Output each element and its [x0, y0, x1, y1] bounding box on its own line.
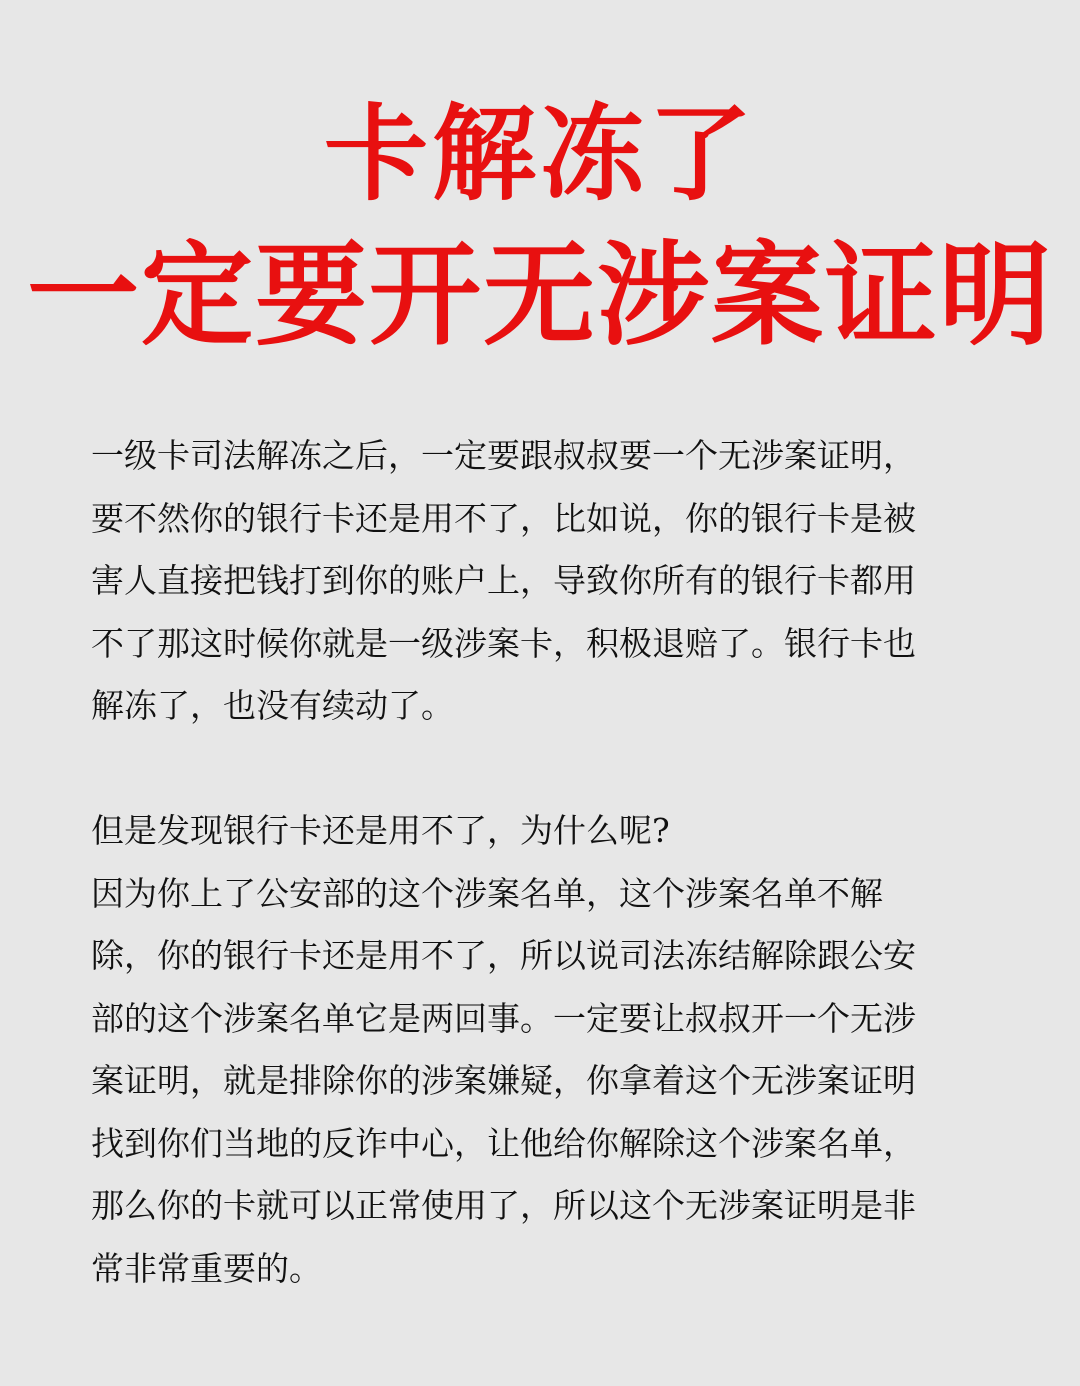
paragraph-line: 一级卡司法解冻之后，一定要跟叔叔要一个无涉案证明，: [91, 425, 971, 488]
headline-line-1: 卡解冻了: [0, 95, 1080, 213]
paragraph-2: 但是发现银行卡还是用不了，为什么呢? 因为你上了公安部的这个涉案名单，这个涉案名…: [91, 800, 971, 1300]
headline: 卡解冻了 一定要开无涉案证明: [0, 95, 1080, 361]
paragraph-line: 害人直接把钱打到你的账户上，导致你所有的银行卡都用: [91, 550, 971, 613]
paragraph-line: 不了那这时候你就是一级涉案卡，积极退赔了。银行卡也: [91, 613, 971, 676]
paragraph-line: 因为你上了公安部的这个涉案名单，这个涉案名单不解: [91, 863, 971, 926]
paragraph-line: 解冻了，也没有续动了。: [91, 675, 971, 738]
paragraph-line: 部的这个涉案名单它是两回事。一定要让叔叔开一个无涉: [91, 988, 971, 1051]
paragraph-line: 但是发现银行卡还是用不了，为什么呢?: [91, 800, 971, 863]
paragraph-line: 那么你的卡就可以正常使用了，所以这个无涉案证明是非: [91, 1175, 971, 1238]
paragraph-1: 一级卡司法解冻之后，一定要跟叔叔要一个无涉案证明， 要不然你的银行卡还是用不了，…: [91, 425, 971, 738]
paragraph-line: 除，你的银行卡还是用不了，所以说司法冻结解除跟公安: [91, 925, 971, 988]
headline-line-2: 一定要开无涉案证明: [0, 231, 1080, 361]
paragraph-line: 常非常重要的。: [91, 1238, 971, 1301]
paragraph-line: 要不然你的银行卡还是用不了，比如说，你的银行卡是被: [91, 488, 971, 551]
paragraph-line: 案证明，就是排除你的涉案嫌疑，你拿着这个无涉案证明: [91, 1050, 971, 1113]
paragraph-line: 找到你们当地的反诈中心，让他给你解除这个涉案名单，: [91, 1113, 971, 1176]
